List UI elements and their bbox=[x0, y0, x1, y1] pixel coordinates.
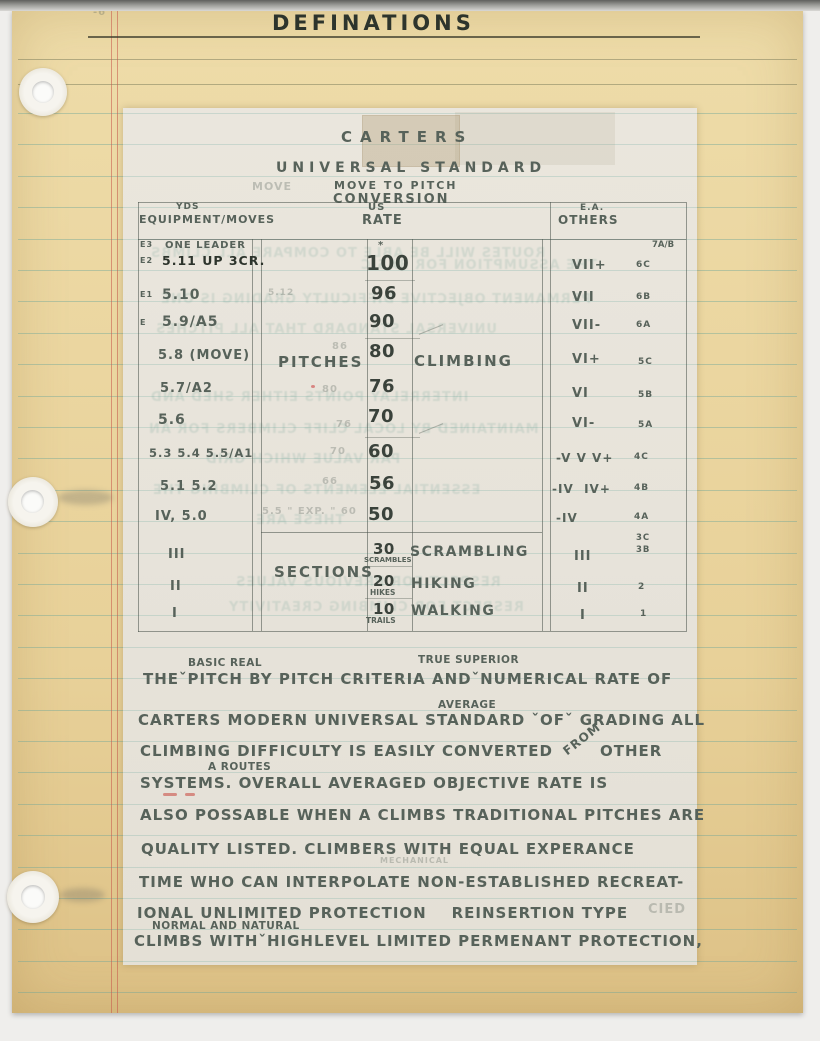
cell-activity-climbing: CLIMBING bbox=[414, 354, 513, 369]
heading-carters: CARTERS bbox=[341, 130, 473, 145]
insertion-note: A ROUTES bbox=[208, 762, 271, 773]
header-rate: RATE bbox=[362, 214, 403, 227]
cell-ea: VII bbox=[572, 291, 595, 304]
cell-rate: 90 bbox=[369, 313, 395, 331]
table-column-line bbox=[542, 239, 543, 631]
paragraph-line: CLIMBS WITHˇHIGHLEVEL LIMITED PERMENANT … bbox=[134, 934, 703, 949]
margin-code: E2 bbox=[140, 257, 153, 265]
margin-line bbox=[117, 10, 118, 1013]
cell-ea: VII+ bbox=[572, 259, 607, 272]
ghost-number: 86 bbox=[332, 342, 348, 352]
table-column-line bbox=[550, 202, 551, 631]
paragraph-line: OTHER bbox=[600, 744, 662, 759]
cell-rate-sub: HIKES bbox=[370, 589, 395, 597]
paragraph-line: ALSO POSSABLE WHEN A CLIMBS TRADITIONAL … bbox=[140, 808, 705, 823]
cell-ea-code: 4A bbox=[634, 513, 649, 522]
cell-ea: -IV IV+ bbox=[552, 483, 611, 495]
ruled-line bbox=[123, 647, 697, 648]
cell-rate: 30 bbox=[373, 542, 395, 557]
header-us-top: US bbox=[368, 203, 385, 213]
table-border-right bbox=[686, 202, 687, 632]
paragraph-line: TIME WHO CAN INTERPOLATE NON-ESTABLISHED… bbox=[139, 875, 684, 890]
corner-grade-note: 7A/B bbox=[652, 241, 674, 250]
heading-universal-standard: UNIVERSAL STANDARD bbox=[276, 161, 546, 175]
scanned-document: DEFINATIONS -6 ROUTES WILL BE ABLE TO CO… bbox=[0, 0, 820, 1041]
ruled-line bbox=[123, 835, 697, 836]
heading-move-to-pitch: MOVE TO PITCH bbox=[334, 180, 457, 191]
cell-rate: 100 bbox=[366, 253, 409, 273]
paragraph-line: CLIMBING DIFFICULTY IS EASILY CONVERTED bbox=[140, 744, 553, 759]
heading-ghost-move: MOVE bbox=[252, 181, 292, 192]
ruled-line bbox=[123, 207, 697, 208]
cell-ea-code: 4C bbox=[634, 453, 649, 462]
header-equipment-moves: EQUIPMENT/MOVES bbox=[139, 214, 275, 225]
cell-rate: 56 bbox=[369, 475, 395, 493]
cell-ea: VI bbox=[572, 387, 589, 400]
ghost-number: 70 bbox=[330, 447, 346, 457]
ruled-line bbox=[18, 84, 797, 85]
ghost-word: CIED bbox=[648, 903, 686, 916]
cell-yds: 5.3 5.4 5.5/A1 bbox=[149, 448, 253, 460]
header-ea-top: E.A. bbox=[580, 204, 604, 213]
cell-activity-walking: WALKING bbox=[411, 604, 495, 618]
margin-code: E1 bbox=[140, 291, 153, 299]
red-underline-mark bbox=[185, 793, 195, 796]
header-others: OTHERS bbox=[558, 214, 619, 226]
red-underline-mark bbox=[163, 793, 177, 796]
pasted-sheet bbox=[123, 108, 697, 965]
red-fleck bbox=[311, 385, 315, 388]
cell-yds: I bbox=[172, 607, 178, 620]
cell-yds: ONE LEADER bbox=[165, 241, 246, 251]
table-column-line bbox=[261, 239, 262, 631]
cell-ea-code: 2 bbox=[638, 583, 645, 592]
cell-rate-sub: TRAILS bbox=[366, 617, 396, 625]
smudge bbox=[58, 490, 113, 505]
margin-code: E bbox=[140, 319, 146, 327]
cell-rate: 76 bbox=[369, 378, 395, 396]
cell-ea-code: 6C bbox=[636, 261, 651, 270]
star-mark: * bbox=[378, 241, 384, 251]
ruled-line bbox=[123, 804, 697, 805]
paragraph-line: CARTERS MODERN UNIVERSAL STANDARD ˇOFˇ G… bbox=[138, 713, 705, 728]
cell-yds: 5.6 bbox=[158, 413, 186, 427]
stain bbox=[455, 112, 615, 165]
cell-ea-code: 5B bbox=[638, 391, 653, 400]
title-underline bbox=[88, 36, 700, 38]
insertion-note: BASIC REAL bbox=[188, 658, 262, 669]
table-row-line bbox=[365, 437, 420, 438]
cell-rate: 96 bbox=[371, 285, 397, 303]
cell-pitches: PITCHES bbox=[278, 355, 363, 370]
cell-rate: 70 bbox=[368, 408, 394, 426]
ghost-number: 76 bbox=[336, 420, 352, 430]
ruled-line bbox=[123, 615, 697, 616]
cell-ea: -IV bbox=[556, 512, 578, 524]
ruled-line bbox=[18, 992, 797, 993]
insertion-note: AVERAGE bbox=[438, 700, 496, 711]
header-yds-top: YDS bbox=[176, 203, 199, 212]
cell-rate: 60 bbox=[368, 443, 394, 461]
cell-rate: 10 bbox=[373, 602, 395, 617]
cell-ea-code: 3C bbox=[636, 534, 650, 543]
cell-activity-hiking: HIKING bbox=[411, 577, 476, 591]
cell-yds: III bbox=[168, 548, 186, 561]
cell-rate: 20 bbox=[373, 574, 395, 589]
smudge bbox=[60, 888, 105, 902]
cell-yds: 5.8 (MOVE) bbox=[158, 349, 250, 362]
cell-ea-code: 4B bbox=[634, 484, 649, 493]
cell-ea: VI- bbox=[572, 417, 595, 430]
paragraph-line: IONAL UNLIMITED PROTECTION REINSERTION T… bbox=[137, 906, 628, 921]
cell-ea-code: 6B bbox=[636, 293, 651, 302]
margin-line bbox=[111, 10, 112, 1013]
table-row-line bbox=[365, 338, 420, 339]
table-column-line bbox=[252, 239, 253, 631]
cell-ea: VI+ bbox=[572, 353, 601, 366]
hole-punch bbox=[21, 885, 45, 909]
cell-sections: SECTIONS bbox=[274, 565, 374, 580]
cell-ea-code: 5A bbox=[638, 421, 653, 430]
scan-edge bbox=[0, 0, 820, 11]
cell-ea: II bbox=[577, 582, 589, 595]
cell-yds: IV, 5.0 bbox=[155, 510, 208, 523]
heading-conversion: CONVERSION bbox=[333, 193, 450, 206]
cell-ea: III bbox=[574, 550, 592, 563]
cell-ea-code: 5C bbox=[638, 358, 653, 367]
ruled-line bbox=[123, 898, 697, 899]
ruled-line bbox=[123, 521, 697, 522]
cell-yds: 5.11 UP 3CR. bbox=[162, 255, 265, 268]
insertion-note: NORMAL AND NATURAL bbox=[152, 921, 300, 932]
ghost-number: 80 bbox=[322, 385, 338, 395]
cell-activity-scrambling: SCRAMBLING bbox=[410, 545, 529, 559]
cell-rate: 50 bbox=[368, 506, 394, 524]
cell-ea: VII- bbox=[572, 319, 601, 332]
cell-yds: 5.1 5.2 bbox=[160, 480, 218, 493]
insertion-note: TRUE SUPERIOR bbox=[418, 655, 519, 666]
cell-yds: 5.9/A5 bbox=[162, 315, 219, 329]
cell-rate-sub: SCRAMBLES bbox=[364, 557, 412, 564]
cell-ea-code: 3B bbox=[636, 546, 650, 555]
ruled-line bbox=[123, 961, 697, 962]
table-section-line bbox=[261, 532, 542, 533]
paragraph-line: THEˇPITCH BY PITCH CRITERIA ANDˇNUMERICA… bbox=[143, 672, 672, 687]
ruled-line bbox=[123, 867, 697, 868]
cell-ea-code: 1 bbox=[640, 610, 647, 619]
hole-punch bbox=[32, 81, 54, 103]
ghost-number: 5.12 bbox=[268, 289, 294, 298]
cell-ghost-exp: 5.5 " EXP. " 60 bbox=[262, 507, 357, 517]
cell-yds: 5.10 bbox=[162, 288, 201, 302]
cell-ea-code: 6A bbox=[636, 321, 651, 330]
cell-rate: 80 bbox=[369, 343, 395, 361]
page-title: DEFINATIONS bbox=[272, 13, 475, 34]
table-border-bottom bbox=[138, 631, 686, 632]
cell-yds: II bbox=[170, 580, 182, 593]
table-border-left bbox=[138, 202, 139, 632]
cell-yds: 5.7/A2 bbox=[160, 382, 213, 395]
table-row-line bbox=[365, 598, 412, 599]
cell-ea: I bbox=[580, 609, 586, 622]
ghost-number: 66 bbox=[322, 477, 338, 487]
hole-punch bbox=[21, 490, 44, 513]
paragraph-line: QUALITY LISTED. CLIMBERS WITH EQUAL EXPE… bbox=[141, 842, 635, 857]
ruled-line bbox=[18, 59, 797, 60]
ghost-word: MECHANICAL bbox=[380, 857, 449, 865]
table-row-line bbox=[365, 280, 415, 281]
ruled-line bbox=[123, 364, 697, 365]
margin-code: E3 bbox=[140, 241, 153, 249]
cell-ea: -V V V+ bbox=[556, 452, 613, 464]
table-column-line bbox=[412, 239, 413, 631]
paragraph-line: SYSTEMS. OVERALL AVERAGED OBJECTIVE RATE… bbox=[140, 776, 608, 791]
